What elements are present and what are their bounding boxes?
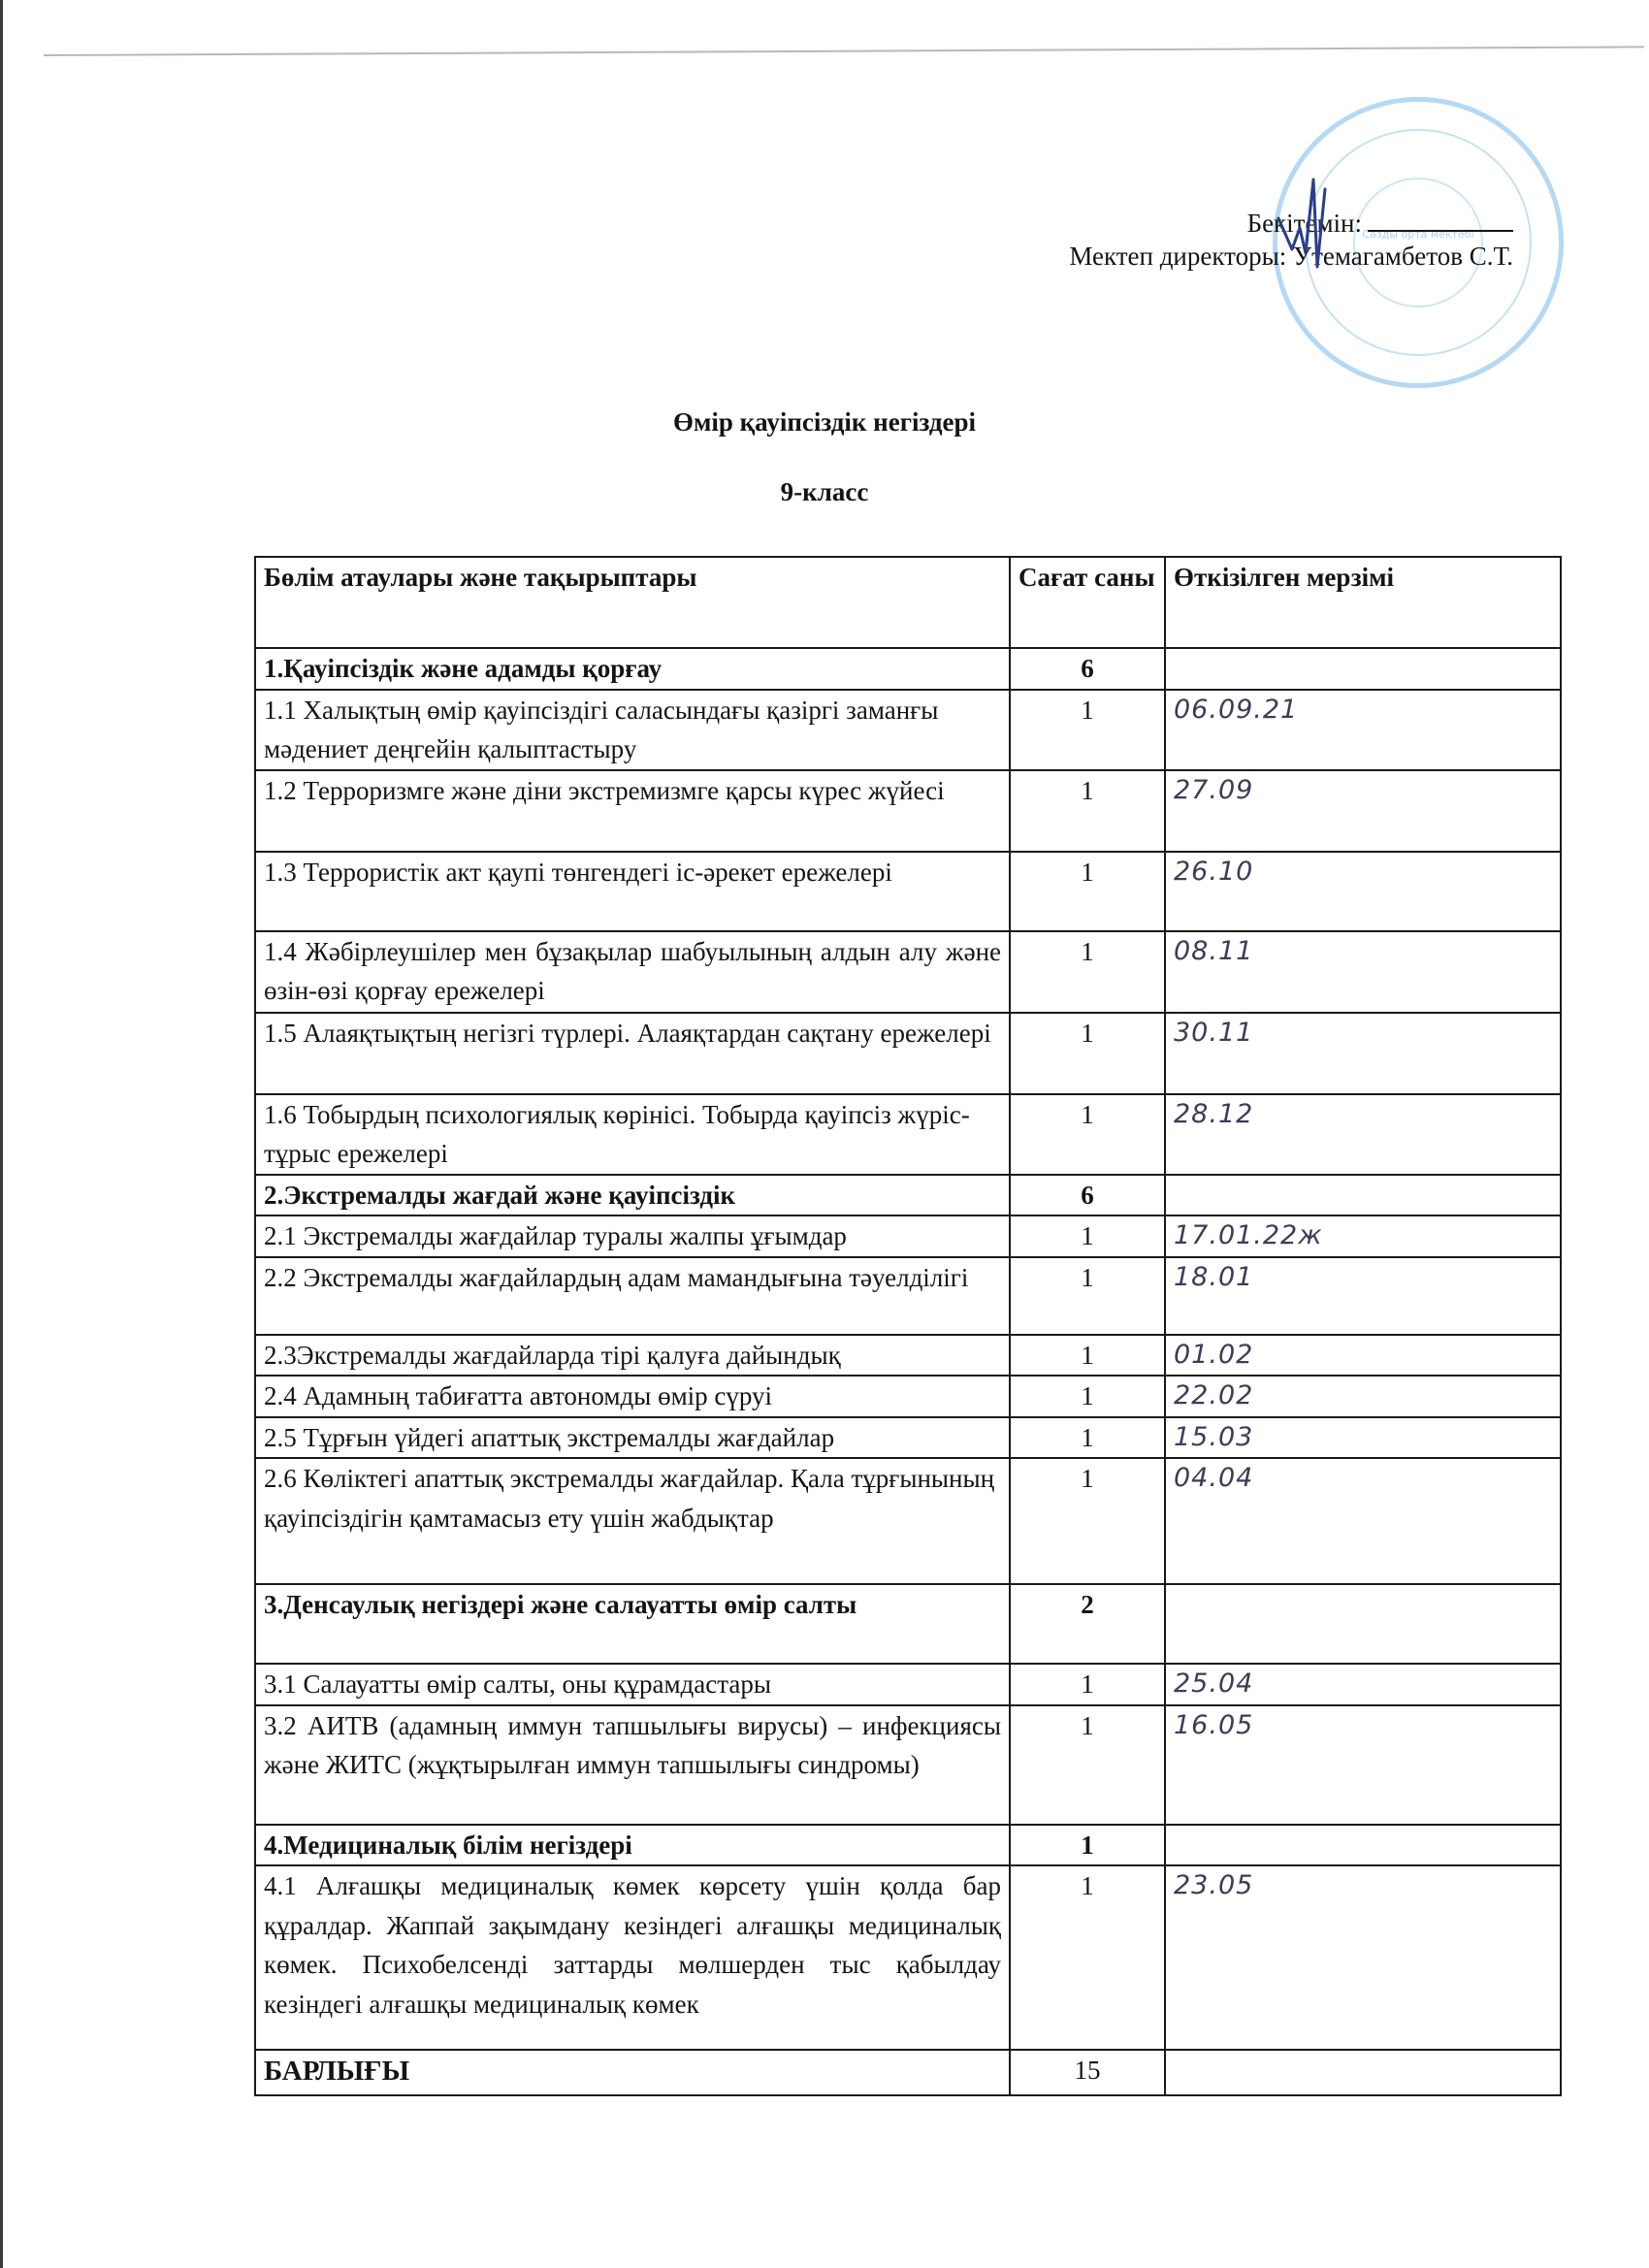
hours-cell: 1 <box>1010 1215 1165 1257</box>
table-row: 2.6 Көліктегі апаттық экстремалды жағдай… <box>255 1458 1561 1584</box>
date-cell: 16.05 <box>1165 1705 1561 1825</box>
table-row: 1.4 Жәбірлеушілер мен бұзақылар шабуылын… <box>255 931 1561 1013</box>
topic-cell: 2.3Экстремалды жағдайларда тірі қалуға д… <box>255 1335 1010 1377</box>
topic-cell: 2.1 Экстремалды жағдайлар туралы жалпы ұ… <box>255 1215 1010 1257</box>
hours-cell: 1 <box>1010 1458 1165 1584</box>
table-row: 2.2 Экстремалды жағдайлардың адам маманд… <box>255 1257 1561 1335</box>
topic-cell: 1.6 Тобырдың психологиялық көрінісі. Тоб… <box>255 1094 1010 1175</box>
topic-cell: 3.2 АИТВ (адамның иммун тапшылығы вирусы… <box>255 1705 1010 1825</box>
topic-cell: 1.3 Террористік акт қаупі төнгендегі іс-… <box>255 852 1010 931</box>
date-cell: 22.02 <box>1165 1376 1561 1417</box>
date-cell: 30.11 <box>1165 1013 1561 1094</box>
date-cell: 17.01.22ж <box>1165 1215 1561 1257</box>
date-cell: 18.01 <box>1165 1257 1561 1335</box>
hours-cell: 1 <box>1010 1865 1165 2050</box>
header-hours: Сағат саны <box>1010 557 1165 648</box>
hours-cell: 1 <box>1010 1257 1165 1335</box>
topic-cell: 1.Қауіпсіздік және адамды қорғау <box>255 648 1010 690</box>
header-topic: Бөлім атаулары және тақырыптары <box>255 557 1010 648</box>
table-row: 2.3Экстремалды жағдайларда тірі қалуға д… <box>255 1335 1561 1377</box>
hours-cell: 2 <box>1010 1584 1165 1664</box>
table-row: 3.1 Салауатты өмір салты, оны құрамдаста… <box>255 1664 1561 1705</box>
topic-cell: БАРЛЫҒЫ <box>255 2050 1010 2095</box>
table-row: 1.5 Алаяқтықтың негізгі түрлері. Алаяқта… <box>255 1013 1561 1094</box>
date-cell: 15.03 <box>1165 1417 1561 1459</box>
hours-cell: 1 <box>1010 1825 1165 1866</box>
topic-cell: 2.2 Экстремалды жағдайлардың адам маманд… <box>255 1257 1010 1335</box>
date-cell <box>1165 2050 1561 2095</box>
date-cell: 06.09.21 <box>1165 690 1561 770</box>
topic-cell: 4.1 Алғашқы медициналық көмек көрсету үш… <box>255 1865 1010 2050</box>
table-row: 1.2 Терроризмге және діни экстремизмге қ… <box>255 770 1561 852</box>
table-row: 2.5 Тұрғын үйдегі апаттық экстремалды жа… <box>255 1417 1561 1459</box>
hours-cell: 1 <box>1010 1094 1165 1175</box>
topic-cell: 1.4 Жәбірлеушілер мен бұзақылар шабуылын… <box>255 931 1010 1013</box>
date-cell: 27.09 <box>1165 770 1561 852</box>
hours-cell: 1 <box>1010 690 1165 770</box>
section-row: 2.Экстремалды жағдай және қауіпсіздік6 <box>255 1175 1561 1216</box>
topic-cell: 3.Денсаулық негіздері және салауатты өмі… <box>255 1584 1010 1664</box>
date-cell <box>1165 1175 1561 1216</box>
date-cell: 04.04 <box>1165 1458 1561 1584</box>
date-cell: 28.12 <box>1165 1094 1561 1175</box>
hours-cell: 1 <box>1010 1013 1165 1094</box>
topic-cell: 1.1 Халықтың өмір қауіпсіздігі саласында… <box>255 690 1010 770</box>
section-row: 1.Қауіпсіздік және адамды қорғау6 <box>255 648 1561 690</box>
section-row: 4.Медициналық білім негіздері1 <box>255 1825 1561 1866</box>
topic-cell: 1.5 Алаяқтықтың негізгі түрлері. Алаяқта… <box>255 1013 1010 1094</box>
date-cell <box>1165 1825 1561 1866</box>
header-date: Өткізілген мерзімі <box>1165 557 1561 648</box>
table-row: 4.1 Алғашқы медициналық көмек көрсету үш… <box>255 1865 1561 2050</box>
topic-cell: 4.Медициналық білім негіздері <box>255 1825 1010 1866</box>
date-cell: 08.11 <box>1165 931 1561 1013</box>
hours-cell: 6 <box>1010 648 1165 690</box>
total-row: БАРЛЫҒЫ15 <box>255 2050 1561 2095</box>
table-row: 2.1 Экстремалды жағдайлар туралы жалпы ұ… <box>255 1215 1561 1257</box>
hours-cell: 1 <box>1010 1664 1165 1705</box>
date-cell <box>1165 648 1561 690</box>
topic-cell: 2.6 Көліктегі апаттық экстремалды жағдай… <box>255 1458 1010 1584</box>
scan-top-line <box>44 46 1644 56</box>
table-row: 2.4 Адамның табиғатта автономды өмір сүр… <box>255 1376 1561 1417</box>
topic-cell: 2.Экстремалды жағдай және қауіпсіздік <box>255 1175 1010 1216</box>
hours-cell: 1 <box>1010 1705 1165 1825</box>
date-cell: 26.10 <box>1165 852 1561 931</box>
signature-mark <box>1271 160 1339 276</box>
topic-cell: 2.4 Адамның табиғатта автономды өмір сүр… <box>255 1376 1010 1417</box>
table-row: 1.6 Тобырдың психологиялық көрінісі. Тоб… <box>255 1094 1561 1175</box>
table-row: 1.1 Халықтың өмір қауіпсіздігі саласында… <box>255 690 1561 770</box>
hours-cell: 1 <box>1010 1376 1165 1417</box>
date-cell: 25.04 <box>1165 1664 1561 1705</box>
topic-cell: 2.5 Тұрғын үйдегі апаттық экстремалды жа… <box>255 1417 1010 1459</box>
document-grade: 9-класс <box>0 477 1649 507</box>
lesson-plan-table: Бөлім атаулары және тақырыптары Сағат са… <box>254 556 1562 2096</box>
scan-edge <box>0 0 3 2268</box>
hours-cell: 1 <box>1010 1335 1165 1377</box>
hours-cell: 1 <box>1010 770 1165 852</box>
table-header-row: Бөлім атаулары және тақырыптары Сағат са… <box>255 557 1561 648</box>
section-row: 3.Денсаулық негіздері және салауатты өмі… <box>255 1584 1561 1664</box>
signature-line <box>1368 207 1513 232</box>
topic-cell: 1.2 Терроризмге және діни экстремизмге қ… <box>255 770 1010 852</box>
hours-cell: 15 <box>1010 2050 1165 2095</box>
table-row: 1.3 Террористік акт қаупі төнгендегі іс-… <box>255 852 1561 931</box>
date-cell <box>1165 1584 1561 1664</box>
document-title: Өмір қауіпсіздік негіздері <box>0 407 1649 437</box>
date-cell: 23.05 <box>1165 1865 1561 2050</box>
hours-cell: 6 <box>1010 1175 1165 1216</box>
hours-cell: 1 <box>1010 852 1165 931</box>
topic-cell: 3.1 Салауатты өмір салты, оны құрамдаста… <box>255 1664 1010 1705</box>
table-row: 3.2 АИТВ (адамның иммун тапшылығы вирусы… <box>255 1705 1561 1825</box>
hours-cell: 1 <box>1010 1417 1165 1459</box>
hours-cell: 1 <box>1010 931 1165 1013</box>
date-cell: 01.02 <box>1165 1335 1561 1377</box>
